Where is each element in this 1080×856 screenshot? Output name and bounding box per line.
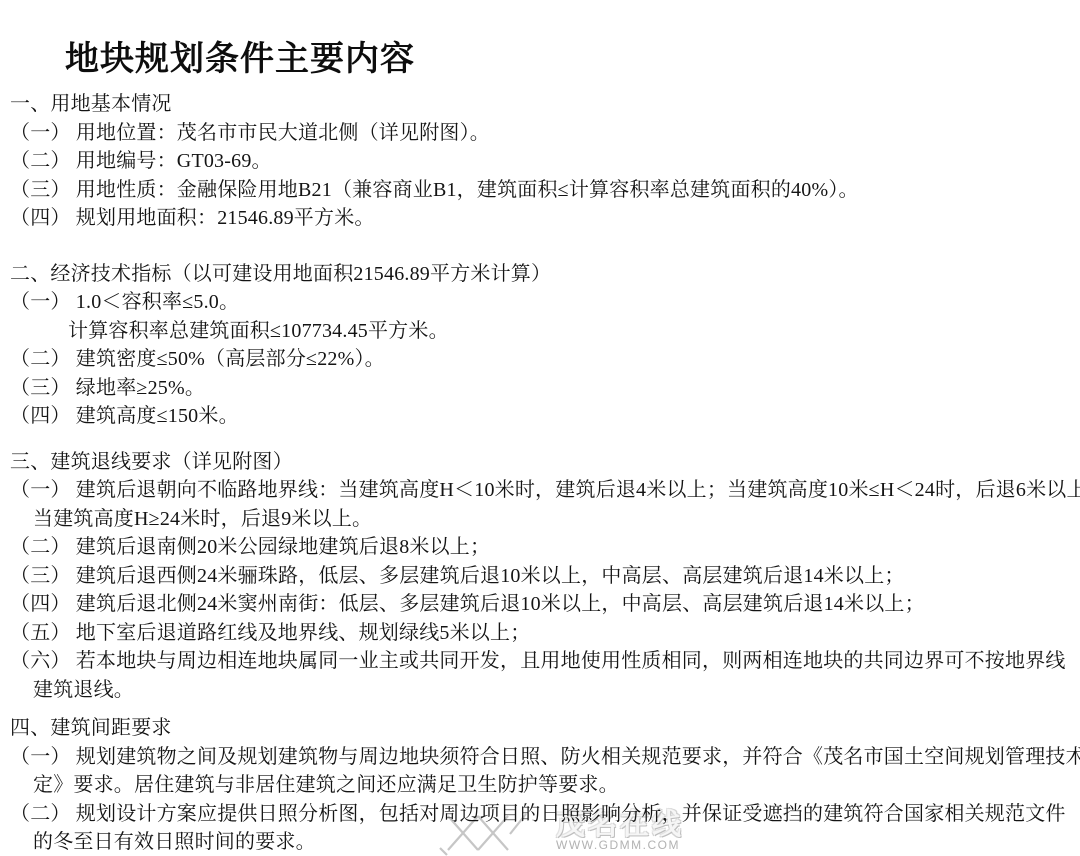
text-line: （一） 建筑后退朝向不临路地界线：当建筑高度H＜10米时，建筑后退4米以上；当建…: [10, 476, 1080, 505]
text-line: （三） 用地性质：金融保险用地B21（兼容商业B1，建筑面积≤计算容积率总建筑面…: [10, 176, 1080, 205]
section-heading: 四、建筑间距要求: [10, 714, 1080, 743]
section-building-spacing: 四、建筑间距要求 （一） 规划建筑物之间及规划建筑物与周边地块须符合日照、防火相…: [0, 714, 1080, 856]
text-line: （二） 用地编号：GT03-69。: [10, 147, 1080, 176]
text-line: 建筑退线。: [10, 676, 1080, 705]
section-heading: 一、用地基本情况: [10, 90, 1080, 119]
text-line: （四） 建筑高度≤150米。: [10, 402, 1080, 431]
text-line: 计算容积率总建筑面积≤107734.45平方米。: [10, 317, 1080, 346]
text-line: 当建筑高度H≥24米时，后退9米以上。: [10, 505, 1080, 534]
document-page: 地块规划条件主要内容 一、用地基本情况 （一） 用地位置：茂名市市民大道北侧（详…: [0, 0, 1080, 856]
section-land-basic-info: 一、用地基本情况 （一） 用地位置：茂名市市民大道北侧（详见附图）。 （二） 用…: [0, 90, 1080, 233]
text-line: （一） 规划建筑物之间及规划建筑物与周边地块须符合日照、防火相关规范要求，并符合…: [10, 743, 1080, 772]
document-content: 地块规划条件主要内容 一、用地基本情况 （一） 用地位置：茂名市市民大道北侧（详…: [0, 0, 1080, 856]
text-line: （六） 若本地块与周边相连地块属同一业主或共同开发，且用地使用性质相同，则两相连…: [10, 647, 1080, 676]
text-line: （二） 规划设计方案应提供日照分析图，包括对周边项目的日照影响分析，并保证受遮挡…: [10, 800, 1080, 829]
text-line: （五） 地下室后退道路红线及地界线、规划绿线5米以上；: [10, 619, 1080, 648]
text-line: 定》要求。居住建筑与非居住建筑之间还应满足卫生防护等要求。: [10, 771, 1080, 800]
section-heading: 二、经济技术指标（以可建设用地面积21546.89平方米计算）: [10, 260, 1080, 289]
text-line: （一） 1.0＜容积率≤5.0。: [10, 288, 1080, 317]
section-setback-requirements: 三、建筑退线要求（详见附图） （一） 建筑后退朝向不临路地界线：当建筑高度H＜1…: [0, 448, 1080, 705]
text-line: （四） 规划用地面积：21546.89平方米。: [10, 204, 1080, 233]
section-economic-indicators: 二、经济技术指标（以可建设用地面积21546.89平方米计算） （一） 1.0＜…: [0, 260, 1080, 431]
text-line: （三） 绿地率≥25%。: [10, 374, 1080, 403]
text-line: 的冬至日有效日照时间的要求。: [10, 828, 1080, 856]
text-line: （三） 建筑后退西侧24米骊珠路，低层、多层建筑后退10米以上，中高层、高层建筑…: [10, 562, 1080, 591]
text-line: （四） 建筑后退北侧24米窦州南街：低层、多层建筑后退10米以上，中高层、高层建…: [10, 590, 1080, 619]
text-line: （一） 用地位置：茂名市市民大道北侧（详见附图）。: [10, 119, 1080, 148]
text-line: （二） 建筑密度≤50%（高层部分≤22%）。: [10, 345, 1080, 374]
text-line: （二） 建筑后退南侧20米公园绿地建筑后退8米以上；: [10, 533, 1080, 562]
document-title: 地块规划条件主要内容: [65, 0, 1080, 80]
section-heading: 三、建筑退线要求（详见附图）: [10, 448, 1080, 477]
